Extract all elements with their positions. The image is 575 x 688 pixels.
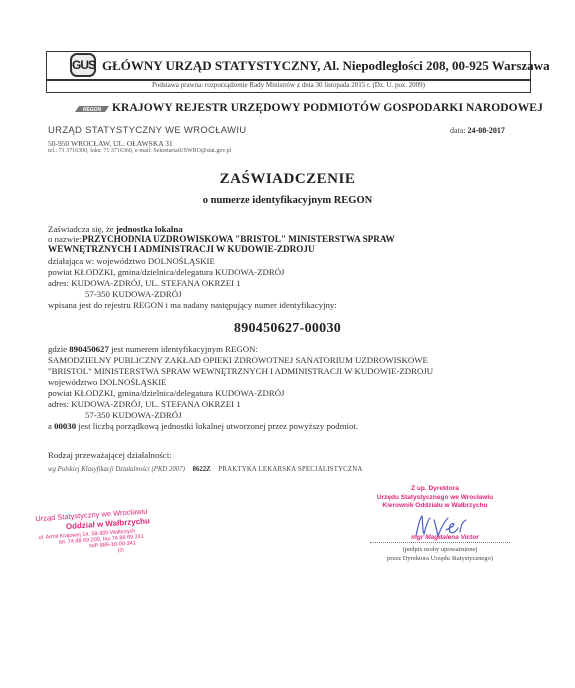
pkd-classification: wg Polskiej Klasyfikacji Działalności (P…: [48, 466, 185, 473]
date-value: 24-08-2017: [468, 126, 505, 135]
signature-caption: (podpis osoby upoważnionej przez Dyrekto…: [350, 545, 530, 563]
header-title: GŁÓWNY URZĄD STATYSTYCZNY, Al. Niepodleg…: [102, 58, 550, 74]
parent-regon-line: gdzie 890450627 jest numerem identyfikac…: [48, 344, 258, 354]
parent-address-line1: adres: KUDOWA-ZDRÓJ, UL. STEFANA OKRZEI …: [48, 399, 241, 409]
signer-name: mgr Magdalena Victor: [395, 534, 495, 541]
office-stamp: Urząd Statystyczny we Wrocławiu Oddział …: [25, 500, 248, 560]
unit-operating-in: działająca w: województwo DOLNOŚLĄSKIE: [48, 256, 215, 266]
document-title: ZAŚWIADCZENIE: [0, 171, 575, 188]
unit-address-line2: 57-350 KUDOWA-ZDRÓJ: [85, 289, 182, 299]
activity-pkd: wg Polskiej Klasyfikacji Działalności (P…: [48, 466, 363, 473]
pkd-code: 8622Z: [193, 466, 211, 473]
regon-logo-icon: REGON: [75, 105, 109, 113]
office-name: URZĄD STATYSTYCZNY WE WROCŁAWIU: [48, 125, 246, 136]
parent-name-line2: "BRISTOL" MINISTERSTWA SPRAW WEWNĘTRZNYC…: [48, 366, 433, 376]
unit-district: powiat KŁODZKI, gmina/dzielnica/delegatu…: [48, 267, 284, 277]
office-address: 50-950 WROCŁAW, UL. OŁAWSKA 31: [48, 139, 173, 148]
registry-title: KRAJOWY REJESTR URZĘDOWY PODMIOTÓW GOSPO…: [112, 102, 543, 114]
director-stamp: Z up. Dyrektora Urzędu Statystycznego we…: [355, 485, 515, 511]
intro-line: Zaświadcza się, że jednostka lokalna: [48, 224, 183, 234]
pkd-description: PRAKTYKA LEKARSKA SPECJALISTYCZNA: [218, 466, 362, 473]
parent-voivodeship: województwo DOLNOŚLĄSKIE: [48, 377, 167, 387]
document-subtitle: o numerze identyfikacyjnym REGON: [0, 195, 575, 206]
legal-basis: Podstawa prawna: rozporządzenie Rady Min…: [46, 81, 531, 89]
activity-label: Rodzaj przeważającej działalności:: [48, 450, 172, 460]
date-label: data:: [450, 126, 466, 135]
sequence-number-line: a 00030 jest liczbą porządkową jednostki…: [48, 421, 358, 431]
office-contact: tel.: 71 3716300, faks: 71 3716360, e-ma…: [48, 148, 231, 154]
gus-logo-icon: GUS: [70, 53, 96, 77]
issue-date: data: 24-08-2017: [450, 126, 505, 135]
regon-number: 890450627-00030: [0, 321, 575, 337]
registered-text: wpisana jest do rejestru REGON i ma nada…: [48, 300, 337, 310]
parent-address-line2: 57-350 KUDOWA-ZDRÓJ: [85, 410, 182, 420]
unit-address-line1: adres: KUDOWA-ZDRÓJ, UL. STEFANA OKRZEI …: [48, 278, 241, 288]
parent-district: powiat KŁODZKI, gmina/dzielnica/delegatu…: [48, 388, 284, 398]
parent-name-line1: SAMODZIELNY PUBLICZNY ZAKŁAD OPIEKI ZDRO…: [48, 355, 428, 365]
unit-name-line1: o nazwie:PRZYCHODNIA UZDROWISKOWA "BRIST…: [48, 234, 395, 244]
svg-text:REGON: REGON: [83, 107, 102, 113]
signature-line: [370, 542, 510, 543]
unit-name-line2: WEWNĘTRZNYCH I ADMINISTRACJI W KUDOWIE-Z…: [48, 244, 315, 254]
